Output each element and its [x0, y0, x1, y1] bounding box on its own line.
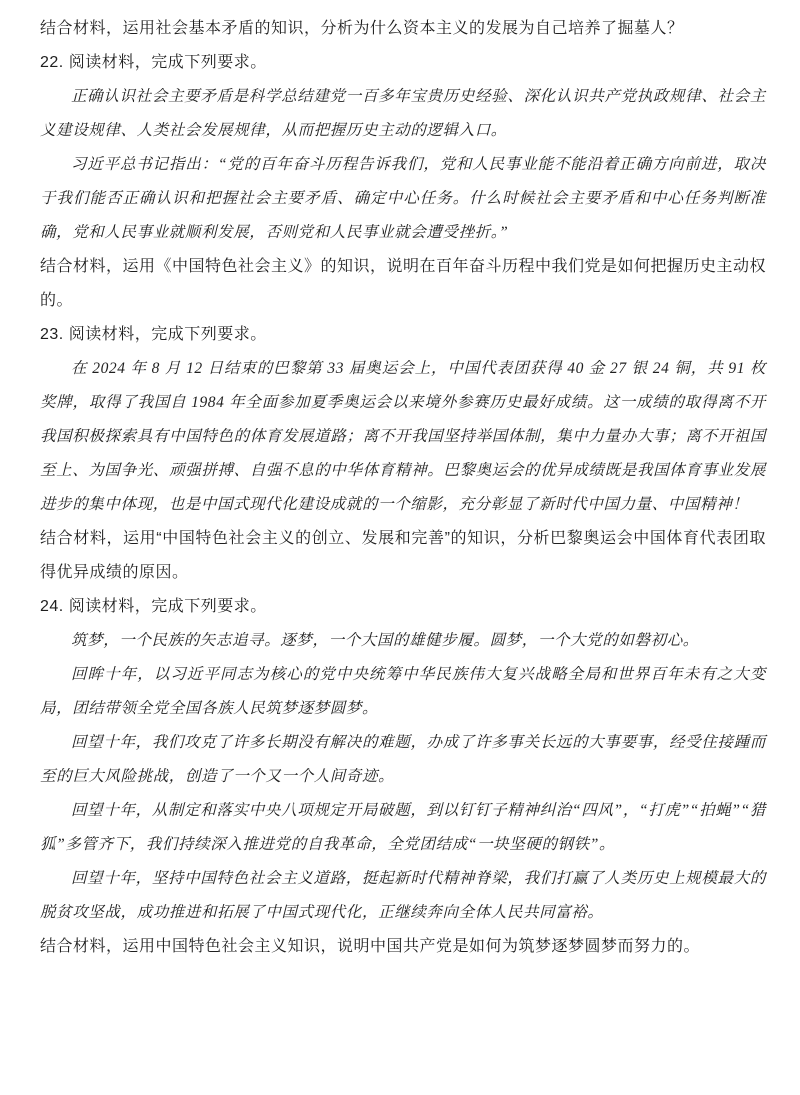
question-24-heading: 24. 阅读材料，完成下列要求。 — [40, 590, 766, 624]
question-22-heading: 22. 阅读材料，完成下列要求。 — [40, 46, 766, 80]
question-24-material-1: 筑梦，一个民族的矢志追寻。逐梦，一个大国的雄健步履。圆梦，一个大党的如磐初心。 — [40, 624, 766, 658]
question-22-material-2: 习近平总书记指出：“党的百年奋斗历程告诉我们，党和人民事业能不能沿着正确方向前进… — [40, 148, 766, 250]
question-24-requirement: 结合材料，运用中国特色社会主义知识，说明中国共产党是如何为筑梦逐梦圆梦而努力的。 — [40, 930, 766, 964]
question-23-requirement: 结合材料，运用“中国特色社会主义的创立、发展和完善”的知识，分析巴黎奥运会中国体… — [40, 522, 766, 590]
exam-paper-page: 结合材料，运用社会基本矛盾的知识，分析为什么资本主义的发展为自己培养了掘墓人？ … — [0, 0, 800, 1095]
question-24-material-2: 回眸十年，以习近平同志为核心的党中央统筹中华民族伟大复兴战略全局和世界百年未有之… — [40, 658, 766, 726]
question-24-material-4: 回望十年，从制定和落实中央八项规定开局破题，到以钉钉子精神纠治“四风”，“打虎”… — [40, 794, 766, 862]
question-24-material-3: 回望十年，我们攻克了许多长期没有解决的难题，办成了许多事关长远的大事要事，经受住… — [40, 726, 766, 794]
question-22-material-1: 正确认识社会主要矛盾是科学总结建党一百多年宝贵历史经验、深化认识共产党执政规律、… — [40, 80, 766, 148]
question-24-material-5: 回望十年，坚持中国特色社会主义道路，挺起新时代精神脊梁，我们打赢了人类历史上规模… — [40, 862, 766, 930]
question-23-heading: 23. 阅读材料，完成下列要求。 — [40, 318, 766, 352]
question-23-material-1: 在 2024 年 8 月 12 日结束的巴黎第 33 届奥运会上，中国代表团获得… — [40, 352, 766, 522]
question-22-requirement: 结合材料，运用《中国特色社会主义》的知识，说明在百年奋斗历程中我们党是如何把握历… — [40, 250, 766, 318]
question-21-requirement: 结合材料，运用社会基本矛盾的知识，分析为什么资本主义的发展为自己培养了掘墓人？ — [40, 12, 766, 46]
